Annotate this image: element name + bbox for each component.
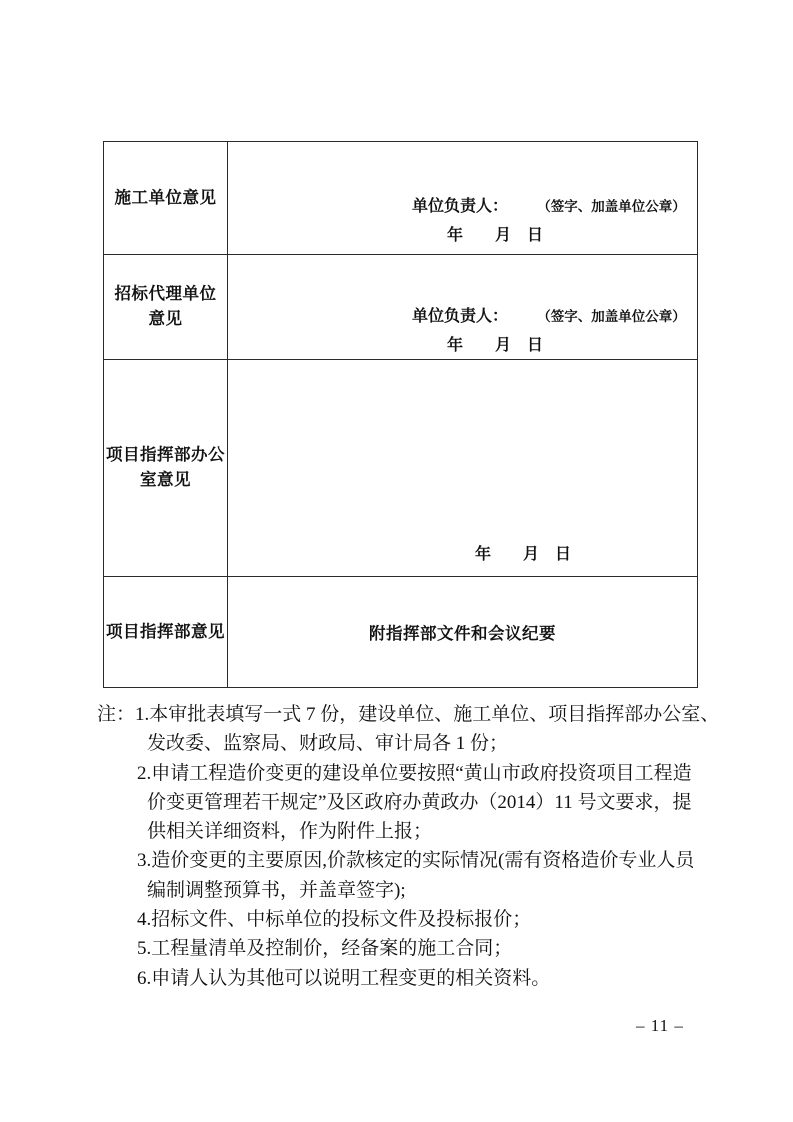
- row-label-line: 意见: [149, 307, 183, 332]
- row-label-line: 招标代理单位: [115, 282, 217, 307]
- date-line: 年 月 日: [228, 222, 697, 245]
- table-row-bidding-agency: 招标代理单位 意见 单位负责人：（签字、加盖单位公章） 年 月 日: [104, 254, 697, 359]
- row-content-cell: 单位负责人：（签字、加盖单位公章） 年 月 日: [228, 255, 697, 359]
- note-line: 2.申请工程造价变更的建设单位要按照“黄山市政府投资项目工程造: [97, 759, 715, 788]
- row-label-cell: 项目指挥部意见: [104, 577, 228, 687]
- note-line: 发改委、监察局、财政局、审计局各 1 份；: [97, 729, 715, 758]
- note-line: 6.申请人认为其他可以说明工程变更的相关资料。: [97, 964, 715, 993]
- note-line: 注：1.本审批表填写一式 7 份，建设单位、施工单位、项目指挥部办公室、: [97, 700, 715, 729]
- note-line: 价变更管理若干规定”及区政府办黄政办（2014）11 号文要求，提: [97, 788, 715, 817]
- row-content-cell: 单位负责人：（签字、加盖单位公章） 年 月 日: [228, 142, 697, 254]
- table-row-hq-opinion: 项目指挥部意见 附指挥部文件和会议纪要: [104, 576, 697, 687]
- row-label-cell: 施工单位意见: [104, 142, 228, 254]
- row-label: 项目指挥部意见: [106, 620, 225, 645]
- signature-line: 单位负责人：（签字、加盖单位公章）: [228, 193, 697, 216]
- approval-table: 施工单位意见 单位负责人：（签字、加盖单位公章） 年 月 日 招标代理单位 意见…: [103, 141, 698, 688]
- row-label-cell: 项目指挥部办公 室意见: [104, 360, 228, 576]
- signature-line: 单位负责人：（签字、加盖单位公章）: [228, 303, 697, 326]
- table-row-construction-unit: 施工单位意见 单位负责人：（签字、加盖单位公章） 年 月 日: [104, 142, 697, 254]
- attachment-note: 附指挥部文件和会议纪要: [369, 620, 556, 644]
- note-line: 编制调整预算书，并盖章签字);: [97, 876, 715, 905]
- table-row-hq-office: 项目指挥部办公 室意见 年 月 日: [104, 359, 697, 576]
- leader-label: 单位负责人：: [412, 308, 508, 325]
- notes-section: 注：1.本审批表填写一式 7 份，建设单位、施工单位、项目指挥部办公室、 发改委…: [97, 700, 715, 993]
- row-label-line: 项目指挥部办公: [106, 443, 225, 468]
- row-label-line: 室意见: [140, 468, 191, 493]
- note-line: 4.招标文件、中标单位的投标文件及投标报价；: [97, 905, 715, 934]
- note-line: 3.造价变更的主要原因,价款核定的实际情况(需有资格造价专业人员: [97, 846, 715, 875]
- page-number: – 11 –: [636, 1016, 684, 1036]
- row-content-cell: 附指挥部文件和会议纪要: [228, 577, 697, 687]
- stamp-note: （签字、加盖单位公章）: [544, 309, 686, 324]
- date-line: 年 月 日: [228, 541, 697, 564]
- date-line: 年 月 日: [228, 332, 697, 355]
- note-line: 5.工程量清单及控制价，经备案的施工合同；: [97, 934, 715, 963]
- document-page: 施工单位意见 单位负责人：（签字、加盖单位公章） 年 月 日 招标代理单位 意见…: [0, 0, 793, 1122]
- leader-label: 单位负责人：: [412, 198, 508, 215]
- note-line: 供相关详细资料，作为附件上报；: [97, 817, 715, 846]
- stamp-note: （签字、加盖单位公章）: [544, 199, 686, 214]
- row-label: 施工单位意见: [115, 186, 217, 211]
- row-content-cell: 年 月 日: [228, 360, 697, 576]
- row-label-cell: 招标代理单位 意见: [104, 255, 228, 359]
